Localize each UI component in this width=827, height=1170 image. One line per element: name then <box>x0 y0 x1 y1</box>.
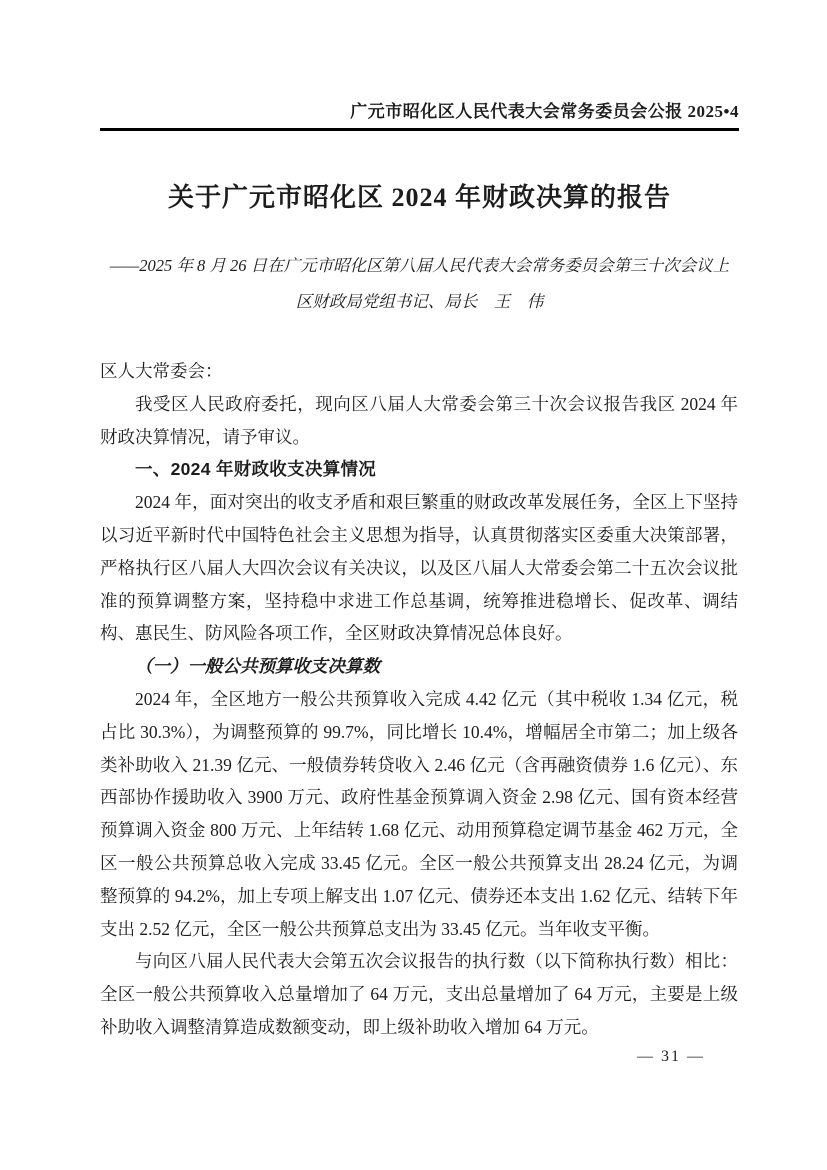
body-paragraph: 2024 年，全区地方一般公共预算收入完成 4.42 亿元（其中税收 1.34 … <box>100 683 738 945</box>
body-paragraph: 与向区八届人民代表大会第五次会议报告的执行数（以下简称执行数）相比：全区一般公共… <box>100 945 738 1043</box>
document-body: 区人大常委会： 我受区人民政府委托，现向区八届人大常委会第三十次会议报告我区 2… <box>100 355 738 1044</box>
body-paragraph: 2024 年，面对突出的收支矛盾和艰巨繁重的财政改革发展任务，全区上下坚持以习近… <box>100 486 738 650</box>
meeting-subtitle: ——2025 年 8 月 26 日在广元市昭化区第八届人民代表大会常务委员会第三… <box>82 253 757 279</box>
bulletin-header: 广元市昭化区人民代表大会常务委员会公报 2025•4 <box>100 101 739 123</box>
salutation: 区人大常委会： <box>100 355 738 388</box>
document-page: 广元市昭化区人民代表大会常务委员会公报 2025•4 关于广元市昭化区 2024… <box>0 0 827 1170</box>
report-title: 关于广元市昭化区 2024 年财政决算的报告 <box>100 181 739 215</box>
page-number: — 31 — <box>637 1048 705 1066</box>
header-rule <box>100 128 739 131</box>
author-line: 区财政局党组书记、局长 王 伟 <box>100 289 739 315</box>
subsection-heading: （一）一般公共预算收支决算数 <box>100 650 738 683</box>
section-heading: 一、2024 年财政收支决算情况 <box>100 453 738 486</box>
body-paragraph: 我受区人民政府委托，现向区八届人大常委会第三十次会议报告我区 2024 年财政决… <box>100 388 738 454</box>
